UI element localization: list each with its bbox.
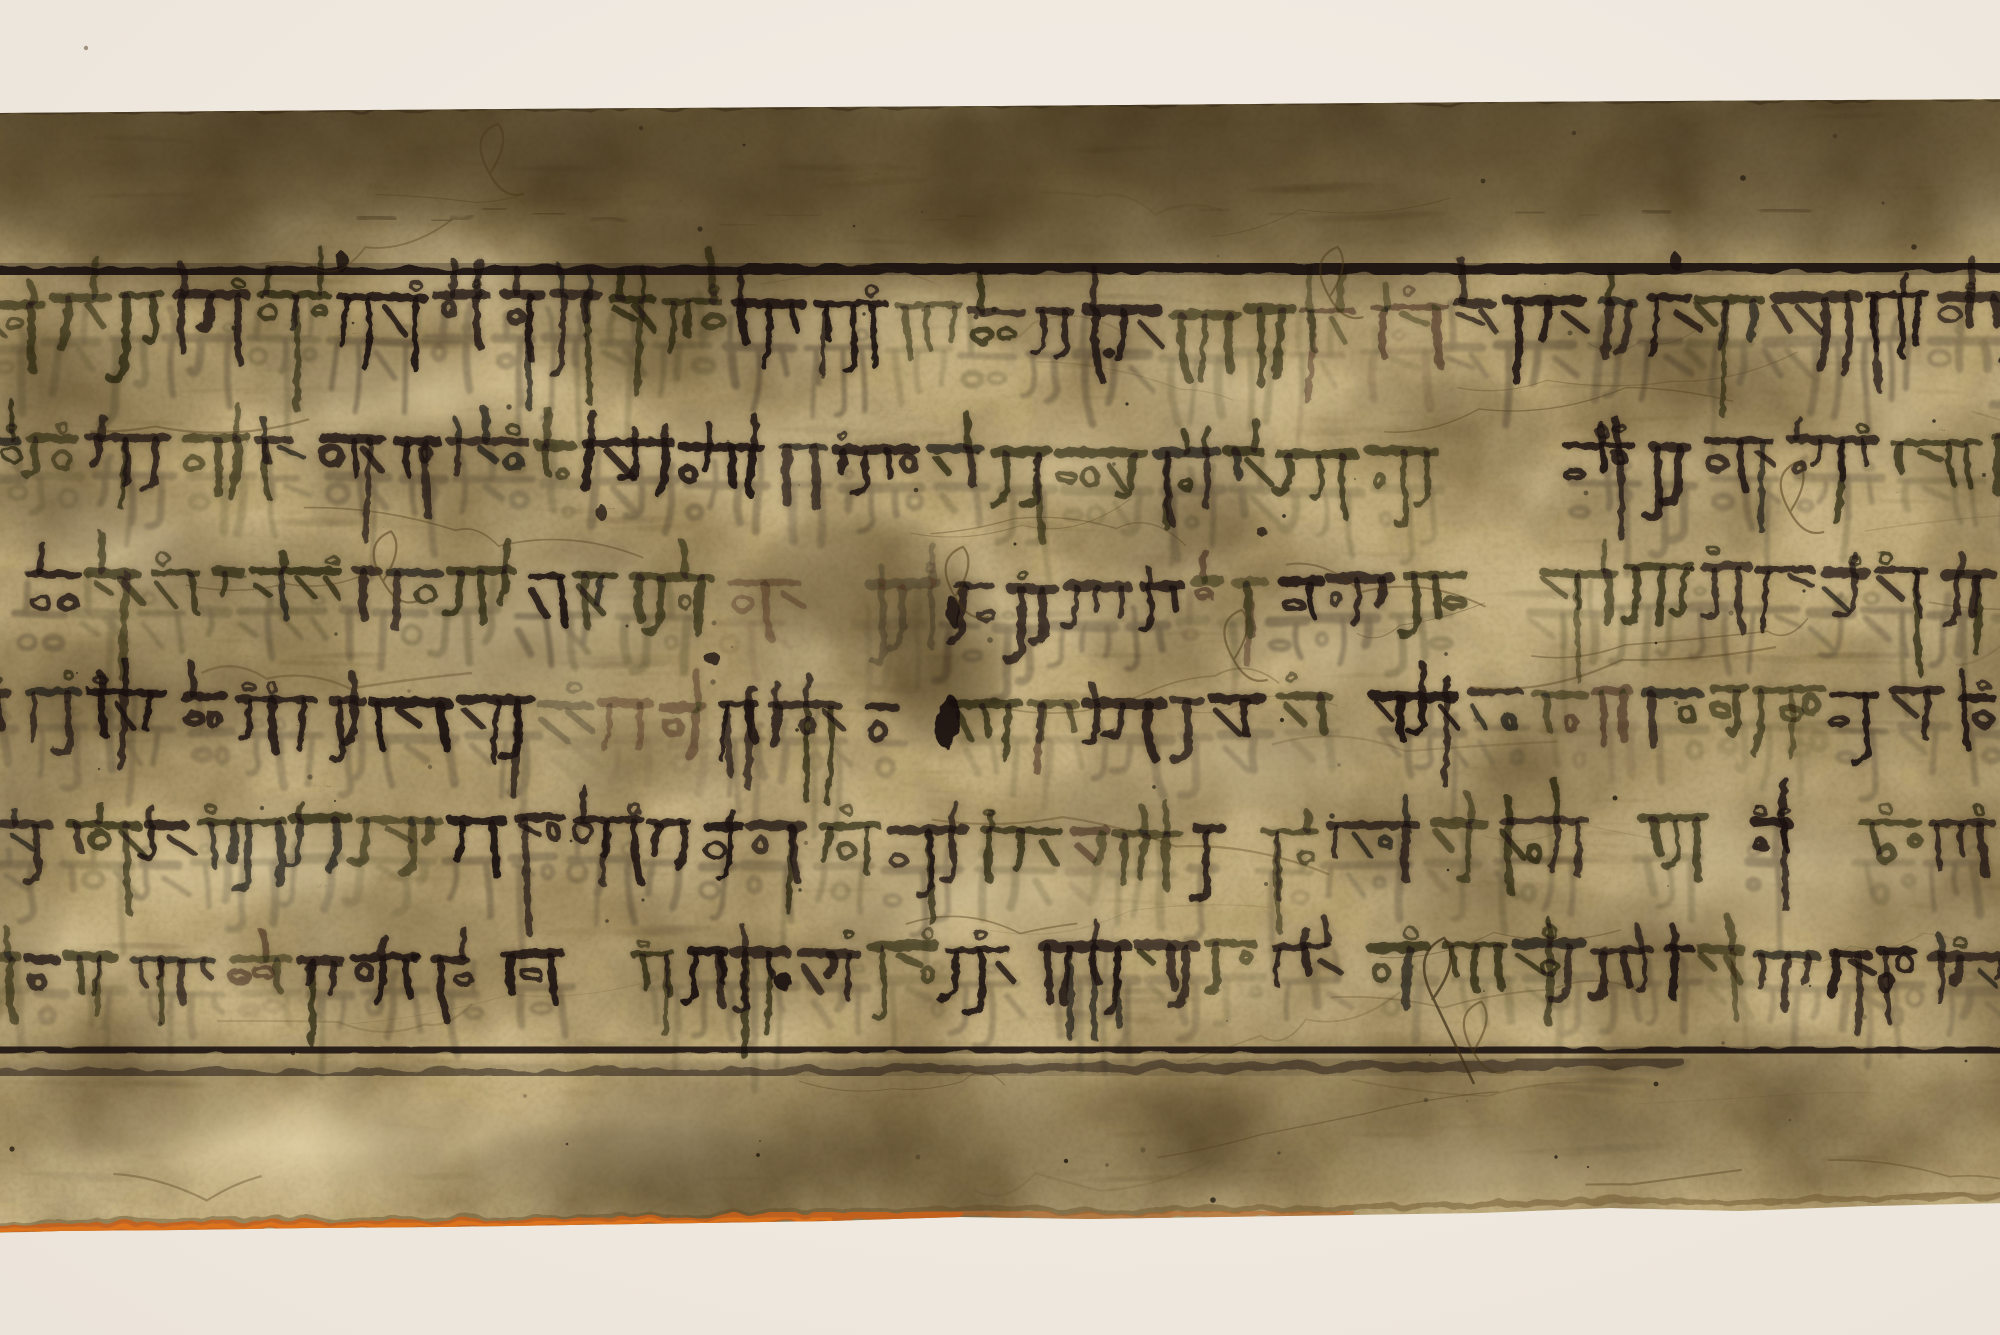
speck <box>1833 134 1838 139</box>
speck <box>1217 255 1219 257</box>
speck <box>1802 589 1805 592</box>
speck <box>52 746 54 748</box>
speck <box>626 625 629 628</box>
speck <box>991 307 996 312</box>
speck <box>506 404 511 409</box>
speck <box>1554 1155 1557 1158</box>
speck <box>1481 179 1486 184</box>
speck <box>916 1155 921 1160</box>
speck <box>260 295 264 299</box>
speck <box>821 375 825 379</box>
speck <box>1982 473 1986 477</box>
speck <box>1882 202 1885 205</box>
speck <box>712 621 717 626</box>
speck <box>1152 785 1156 789</box>
stain <box>180 880 540 1020</box>
speck <box>1740 175 1746 181</box>
speck <box>570 840 573 843</box>
speck <box>641 898 644 901</box>
speck <box>605 919 609 923</box>
manuscript-paper <box>0 60 2000 1260</box>
speck <box>1264 882 1268 886</box>
speck <box>566 1143 569 1146</box>
speck <box>639 126 643 130</box>
background-speck <box>84 46 88 50</box>
ink-blob <box>1671 253 1681 271</box>
speck <box>231 325 236 330</box>
speck <box>334 632 338 636</box>
speck <box>798 484 800 486</box>
speck <box>352 322 355 325</box>
speck <box>1587 1166 1589 1168</box>
speck <box>291 1051 295 1055</box>
speck <box>307 774 312 779</box>
stain <box>970 760 1210 880</box>
speck <box>862 312 865 315</box>
speck <box>853 225 856 228</box>
speck <box>914 488 919 493</box>
speck <box>428 765 432 769</box>
speck <box>795 728 799 732</box>
speck <box>1544 283 1546 285</box>
speck <box>1721 1041 1724 1044</box>
speck <box>66 701 69 704</box>
speck <box>1064 1159 1068 1163</box>
ink-blob <box>1257 527 1267 537</box>
speck <box>1444 652 1448 656</box>
speck <box>743 144 746 147</box>
speck <box>1689 566 1694 571</box>
speck <box>716 991 720 995</box>
speck <box>1655 642 1658 645</box>
speck <box>1329 813 1335 819</box>
speck <box>1667 885 1669 887</box>
speck <box>158 1022 163 1027</box>
speck <box>1755 805 1760 810</box>
speck <box>1654 1082 1659 1087</box>
speck <box>549 575 551 577</box>
top-ruling-line <box>0 264 2000 274</box>
speck <box>1474 718 1479 723</box>
speck <box>407 689 411 693</box>
speck <box>1568 331 1573 336</box>
speck <box>804 841 808 845</box>
bottom-ruling-line-primary <box>0 1047 2000 1053</box>
speck <box>1844 292 1850 298</box>
ink-blob <box>596 504 606 520</box>
speck <box>974 315 979 320</box>
speck <box>523 1094 527 1098</box>
speck <box>1965 1060 1968 1063</box>
speck <box>1105 1163 1109 1167</box>
speck <box>727 440 730 443</box>
speck <box>1354 478 1356 480</box>
speck <box>1210 1197 1216 1203</box>
speck <box>987 637 993 643</box>
speck <box>1280 718 1284 722</box>
speck <box>1282 514 1286 518</box>
speck <box>921 308 924 311</box>
speck <box>969 1049 971 1051</box>
speck <box>1447 869 1450 872</box>
speck <box>1466 1100 1468 1102</box>
speck <box>1932 419 1936 423</box>
manuscript-photo-svg <box>0 0 2000 1335</box>
speck <box>759 1140 761 1142</box>
speck <box>1674 701 1679 706</box>
speck <box>921 211 923 213</box>
speck <box>1277 1151 1280 1154</box>
speck <box>1424 1098 1429 1103</box>
speck <box>1728 610 1733 615</box>
speck <box>396 1047 398 1049</box>
speck <box>834 268 838 272</box>
speck <box>1307 942 1311 946</box>
ink-blob <box>704 652 720 664</box>
speck <box>728 816 733 821</box>
ink-blob <box>774 972 792 990</box>
speck <box>215 717 219 721</box>
speck <box>710 679 715 684</box>
speck <box>1429 1054 1431 1056</box>
speck <box>798 888 801 891</box>
speck <box>9 1146 14 1151</box>
speck <box>1337 763 1341 767</box>
ink-blob <box>1103 348 1115 358</box>
speck <box>1112 462 1116 466</box>
speck <box>334 800 336 802</box>
speck <box>76 672 78 674</box>
speck <box>1014 543 1017 546</box>
speck <box>731 646 734 649</box>
speck <box>1855 964 1858 967</box>
speck <box>976 451 980 455</box>
speck <box>1809 985 1811 987</box>
speck <box>1033 468 1037 472</box>
speck <box>1861 1014 1867 1020</box>
speck <box>1125 402 1128 405</box>
speck <box>260 806 264 810</box>
speck <box>1789 1119 1792 1122</box>
speck <box>1226 1020 1228 1022</box>
speck <box>1613 796 1618 801</box>
speck <box>98 768 100 770</box>
speck <box>583 333 587 337</box>
speck <box>756 1153 760 1157</box>
speck <box>1572 131 1576 135</box>
speck <box>1911 244 1917 250</box>
speck <box>1483 990 1485 992</box>
speck <box>697 226 702 231</box>
ink-blob <box>410 954 422 962</box>
speck <box>1584 491 1589 496</box>
speck <box>1140 1147 1145 1152</box>
manuscript-photograph <box>0 0 2000 1335</box>
